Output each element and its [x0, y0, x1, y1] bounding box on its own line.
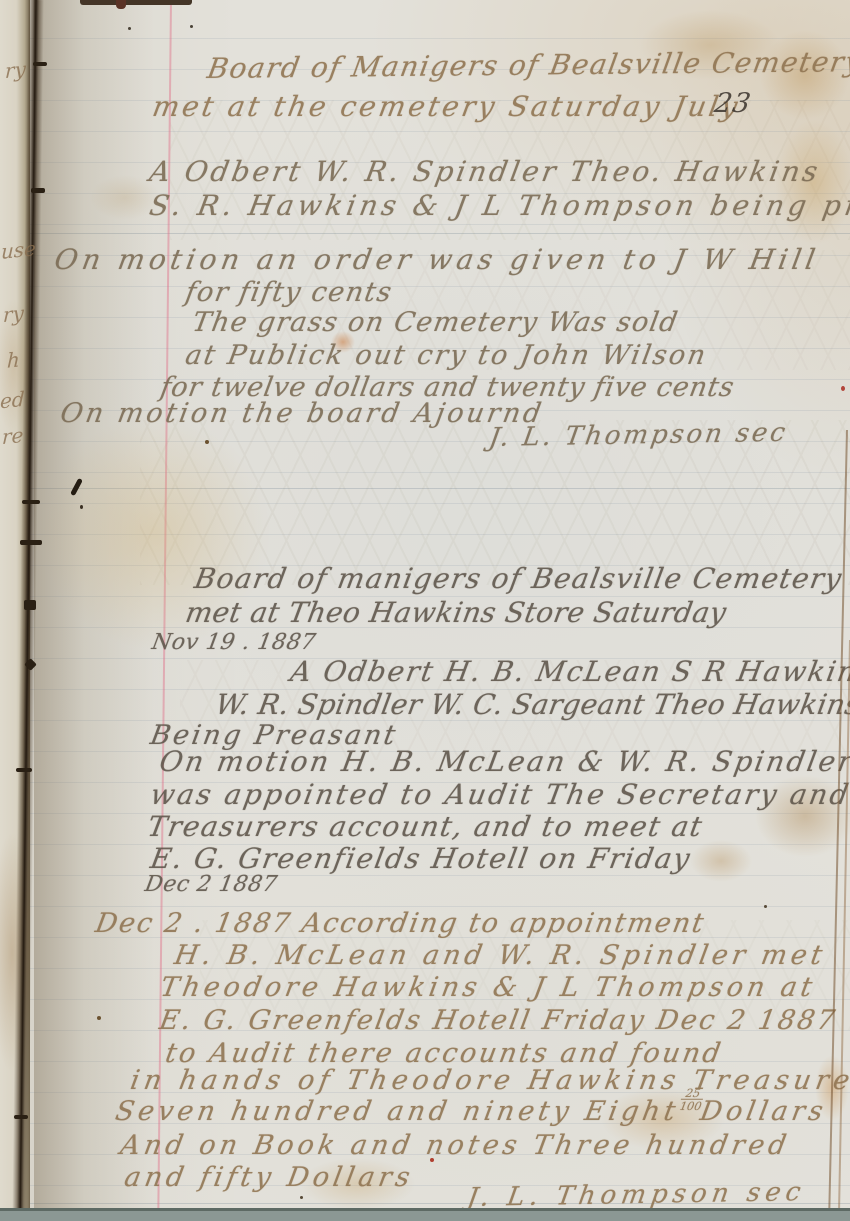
red-speck — [430, 1158, 434, 1162]
entry2-body-line3: Treasurers account, and to meet at — [145, 810, 706, 843]
entry2-date: Nov 19 . 1887 — [150, 630, 318, 655]
stitch-mark — [20, 540, 42, 545]
entry2-date2: Dec 2 1887 — [143, 872, 279, 897]
ink-speck — [190, 25, 193, 28]
entry3-body-line6: in hands of Theodore Hawkins Treasurer — [128, 1065, 850, 1096]
entry1-body-line3: The grass on Cemetery Was sold — [190, 307, 681, 338]
entry1-body-line4: at Publick out cry to John Wilson — [183, 340, 710, 371]
entry3-amount-line: Seven hundred and ninety Eight25100Dolla… — [113, 1096, 829, 1127]
ink-dot — [80, 505, 83, 509]
entry2-body-line4: E. G. Greenfields Hotell on Friday — [148, 842, 694, 875]
entry1-heading-line1: Board of Manigers of Bealsville Cemetery — [205, 45, 850, 85]
book-top-edge — [80, 0, 192, 5]
entry2-body-line1: On motion H. B. McLean & W. R. Spindler — [157, 745, 850, 778]
stitch-hole — [24, 600, 36, 610]
entry1-attendees-line2: S. R. Hawkins & J L Thompson being prese… — [147, 189, 850, 222]
page-fragment: re — [2, 423, 24, 449]
page-fragment: ry — [5, 57, 27, 83]
amount-words: Seven hundred and ninety Eight — [113, 1096, 682, 1127]
entry1-signature: J. L. Thompson sec — [487, 418, 790, 453]
ink-speck — [300, 1196, 303, 1199]
ink-speck — [97, 1016, 101, 1020]
entry1-attendees-line1: A Odbert W. R. Spindler Theo. Hawkins — [147, 155, 823, 188]
entry2-attendees-line2: W. R. Spindler W. C. Sargeant Theo Hawki… — [213, 688, 850, 721]
entry1-heading-line2: met at the cemetery Saturday July — [150, 90, 743, 123]
entry3-body-line9: and fifty Dollars — [122, 1162, 416, 1193]
stain — [690, 840, 752, 882]
entry2-attendees-line1: A Odbert H. B. McLean S R Hawkins — [288, 655, 850, 688]
red-speck — [841, 386, 845, 391]
book-top-edge-mark — [116, 0, 126, 9]
entry1-body-line2: for fifty cents — [183, 277, 395, 308]
fraction-numerator: 25 — [681, 1087, 705, 1098]
fraction-denominator: 100 — [679, 1099, 703, 1112]
entry1-heading-day: 23 — [712, 88, 754, 119]
ledger-page-photo: { "colors": { "paper": "#e3e1da", "ink_s… — [0, 0, 850, 1221]
amount-unit: Dollars — [698, 1096, 830, 1127]
entry3-body-line8: And on Book and notes Three hundred — [118, 1130, 792, 1161]
entry3-body-line4: E. G. Greenfelds Hotell Friday Dec 2 188… — [157, 1005, 839, 1036]
stitch-mark — [14, 1115, 28, 1119]
ink-speck — [205, 440, 209, 444]
page-bottom-edge — [0, 1208, 850, 1221]
amount-fraction: 25100 — [679, 1087, 705, 1112]
stitch-mark — [16, 768, 32, 772]
ink-speck — [764, 905, 767, 908]
entry2-body-line2: was appointed to Audit The Secretary and — [148, 778, 850, 811]
entry1-body-line1: On motion an order was given to J W Hill — [52, 243, 822, 276]
entry3-body-line2: H. B. McLean and W. R. Spindler met — [172, 940, 829, 971]
page-fragment: ed — [0, 387, 25, 414]
page-fragment: h — [7, 347, 21, 373]
stitch-mark — [22, 500, 40, 504]
ink-speck — [128, 27, 131, 30]
entry2-heading-line2: met at Theo Hawkins Store Saturday — [183, 596, 729, 629]
entry1-body-line6: On motion the board Ajournd — [58, 398, 546, 429]
entry3-body-line1: Dec 2 . 1887 According to appointment — [93, 908, 708, 939]
page-fragment: ry — [3, 301, 25, 327]
stitch-mark — [33, 62, 47, 66]
stitch-mark — [31, 188, 45, 193]
page-fragment: use — [1, 236, 37, 264]
entry2-heading-line1: Board of manigers of Bealsville Cemetery — [192, 562, 845, 595]
entry3-body-line3: Theodore Hawkins & J L Thompson at — [158, 972, 818, 1003]
